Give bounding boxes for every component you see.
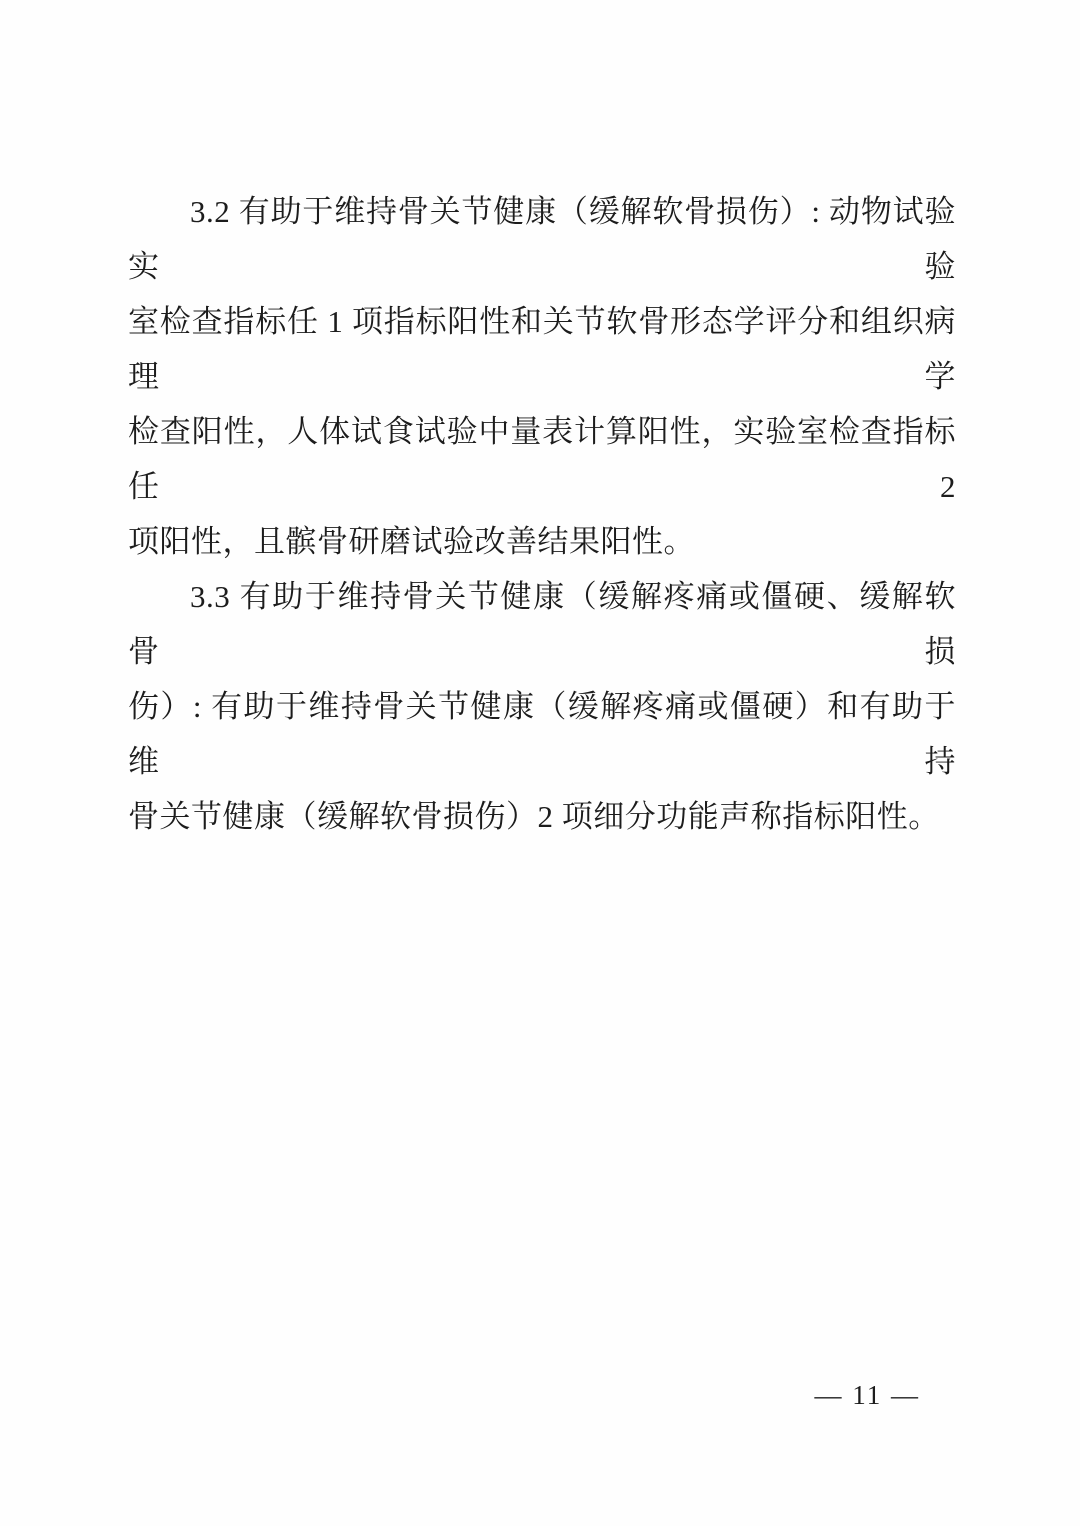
paragraph-3-2: 3.2 有助于维持骨关节健康（缓解软骨损伤）: 动物试验实验 室检查指标任 1 …	[128, 184, 956, 569]
paragraph-3-3: 3.3 有助于维持骨关节健康（缓解疼痛或僵硬、缓解软骨损 伤）: 有助于维持骨关…	[128, 569, 956, 844]
page-number: — 11 —	[815, 1375, 921, 1415]
text-line: 室检查指标任 1 项指标阳性和关节软骨形态学评分和组织病理学	[128, 294, 956, 404]
text-line: 骨关节健康（缓解软骨损伤）2 项细分功能声称指标阳性。	[128, 789, 956, 844]
document-page: 3.2 有助于维持骨关节健康（缓解软骨损伤）: 动物试验实验 室检查指标任 1 …	[0, 0, 1080, 1526]
text-line: 伤）: 有助于维持骨关节健康（缓解疼痛或僵硬）和有助于维持	[128, 679, 956, 789]
text-line: 3.2 有助于维持骨关节健康（缓解软骨损伤）: 动物试验实验	[128, 184, 956, 294]
page-body-text: 3.2 有助于维持骨关节健康（缓解软骨损伤）: 动物试验实验 室检查指标任 1 …	[128, 184, 956, 844]
text-line: 项阳性，且髌骨研磨试验改善结果阳性。	[128, 514, 956, 569]
text-line: 3.3 有助于维持骨关节健康（缓解疼痛或僵硬、缓解软骨损	[128, 569, 956, 679]
text-line: 检查阳性，人体试食试验中量表计算阳性，实验室检查指标任 2	[128, 404, 956, 514]
